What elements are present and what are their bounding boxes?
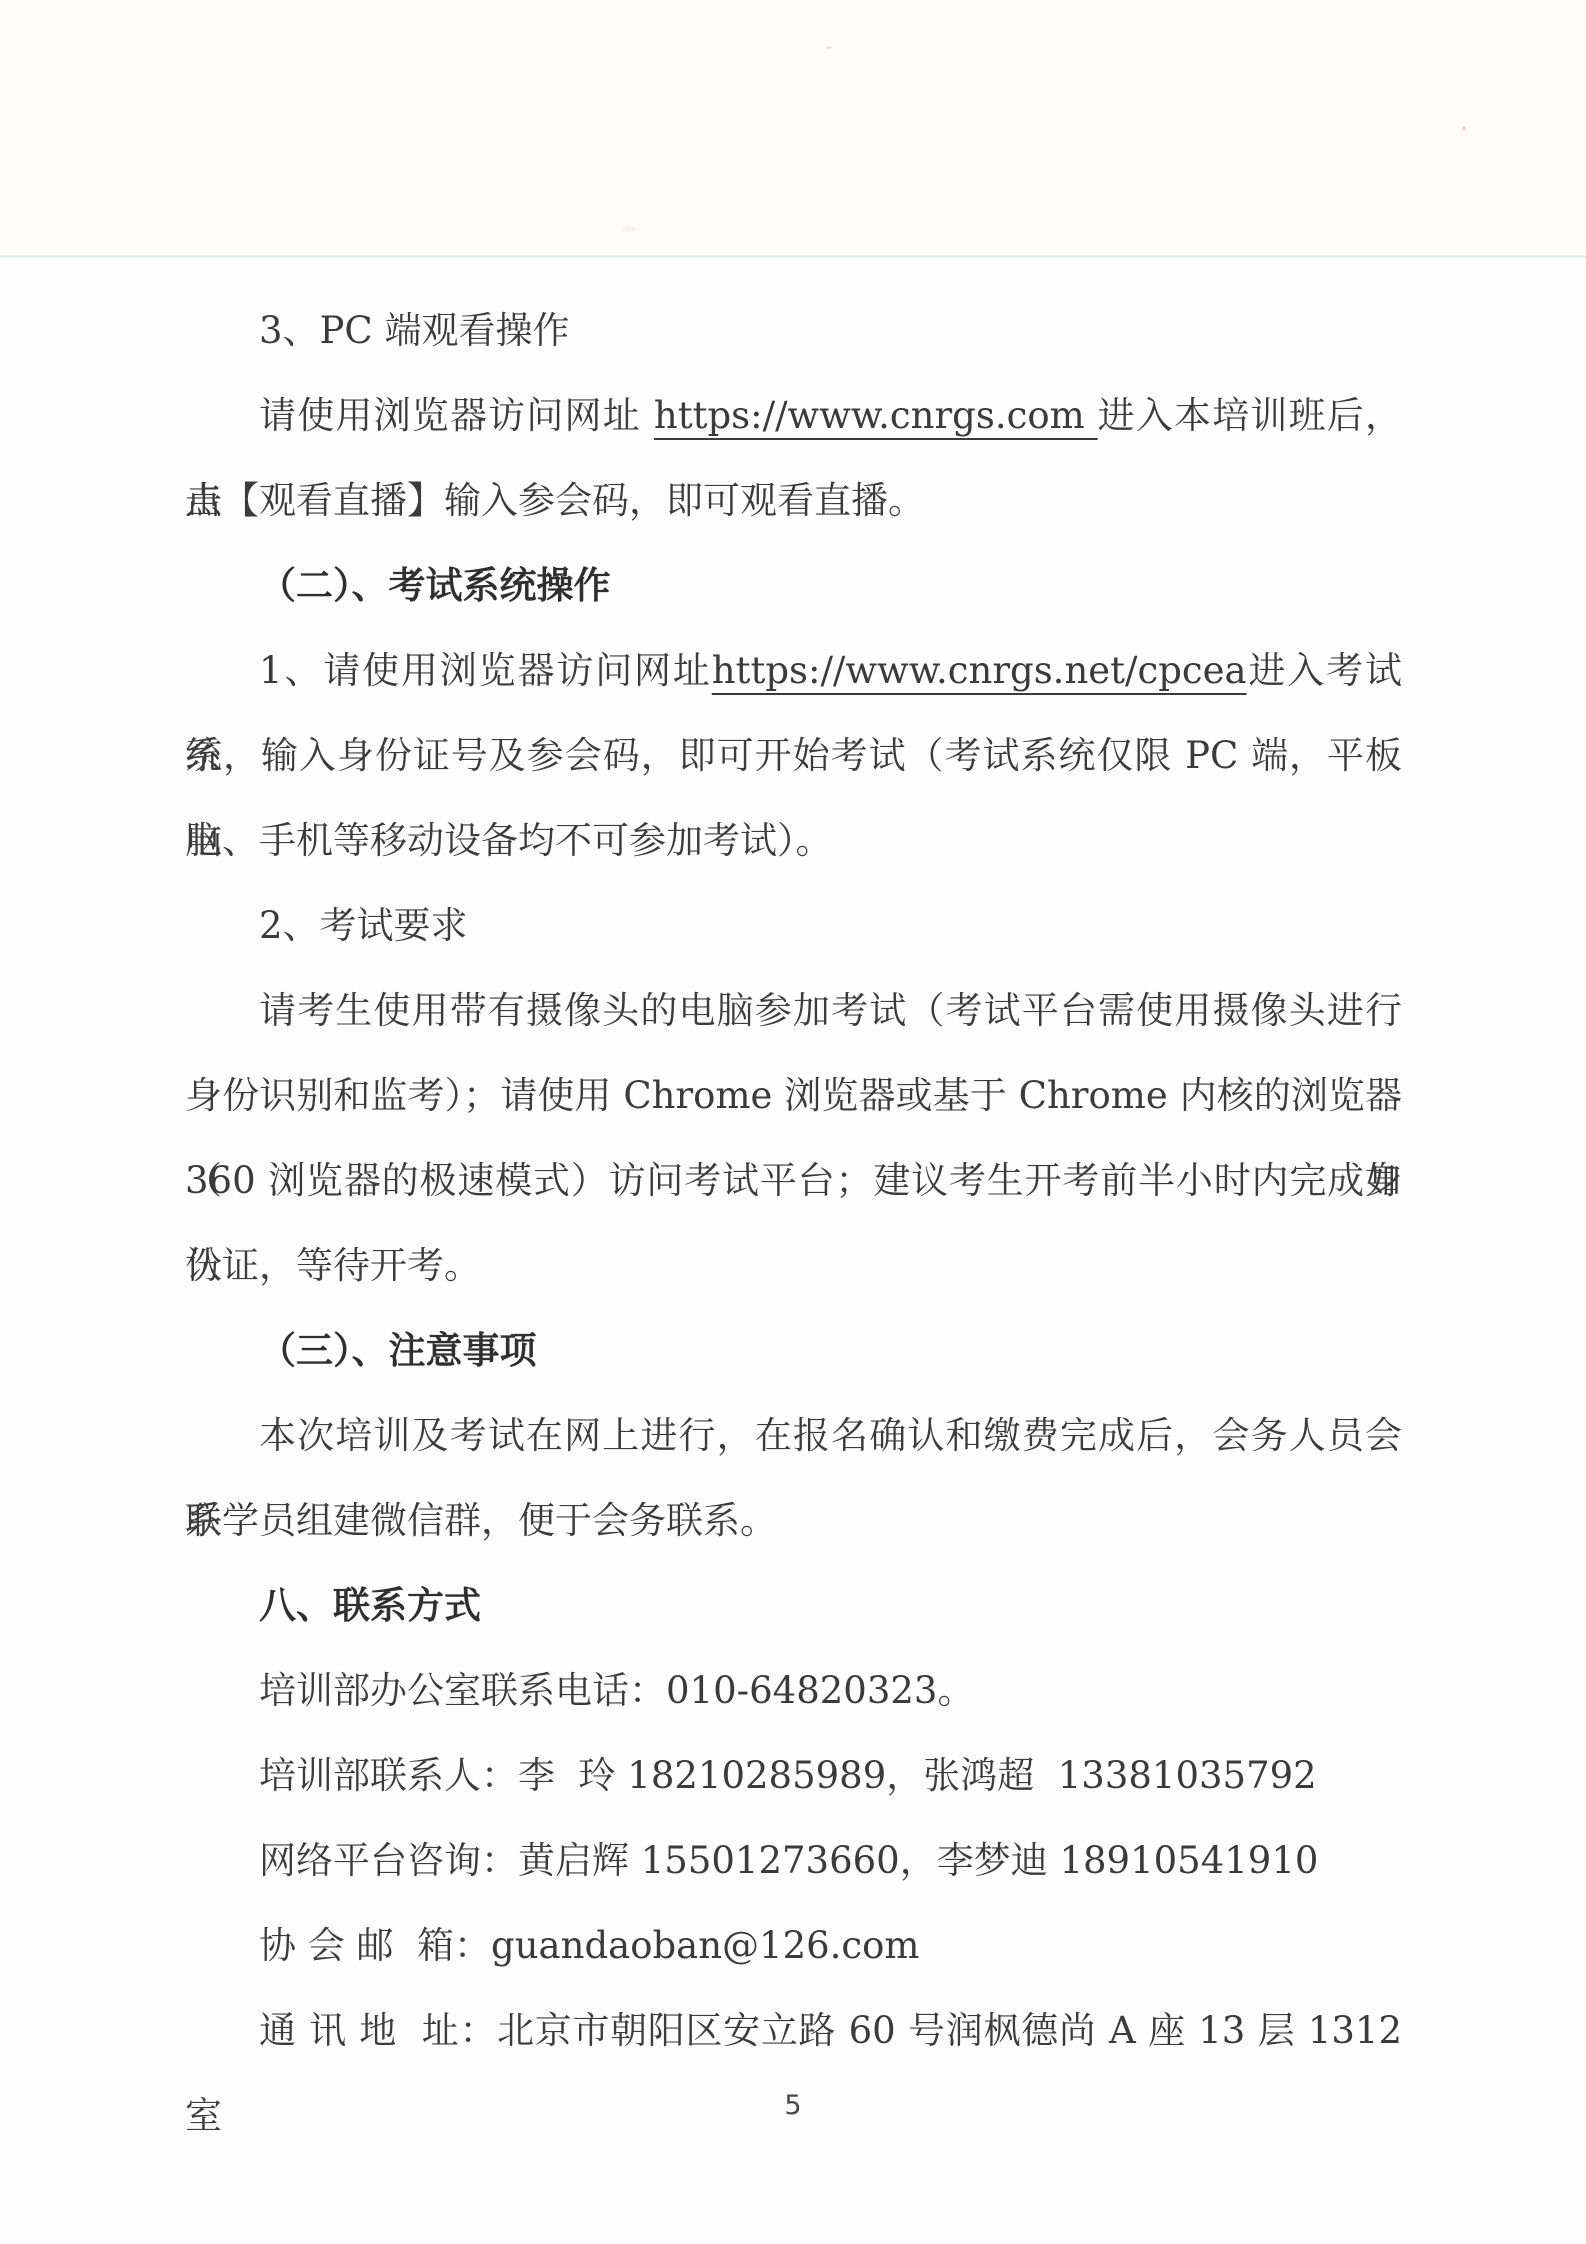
text-segment: （二）、考试系统操作 (259, 563, 611, 607)
url-text: https://www.cnrgs.net/cpcea (712, 649, 1247, 692)
heading-line: （三）、注意事项 (185, 1308, 1402, 1393)
text-segment: 脑、手机等移动设备均不可参加考试）。 (185, 819, 833, 862)
text-line: 身份识别和监考）；请使用 Chrome 浏览器或基于 Chrome 内核的浏览器… (185, 1053, 1402, 1138)
text-line: 1、请使用浏览器访问网址https://www.cnrgs.net/cpcea进… (185, 628, 1402, 713)
text-line: 击【观看直播】输入参会码，即可观看直播。 (185, 458, 1402, 543)
text-line: 2、考试要求 (185, 883, 1402, 968)
scan-seam-line (0, 255, 1586, 258)
heading-line: 八、联系方式 (185, 1563, 1402, 1648)
text-segment: 八、联系方式 (259, 1583, 481, 1627)
text-line: 协 会 邮 箱：guandaoban@126.com (185, 1903, 1402, 1988)
text-segment: 请考生使用带有摄像头的电脑参加考试（考试平台需使用摄像头进行 (259, 989, 1402, 1032)
text-line: 360 浏览器的极速模式）访问考试平台；建议考生开考前半小时内完成身份 (185, 1138, 1402, 1223)
text-line: 请使用浏览器访问网址 https://www.cnrgs.com 进入本培训班后… (185, 373, 1402, 458)
text-segment: 培训部办公室联系电话：010-64820323。 (259, 1669, 974, 1712)
scan-speck (622, 226, 636, 232)
text-segment: 协 会 邮 箱：guandaoban@126.com (259, 1924, 920, 1967)
text-line: 脑、手机等移动设备均不可参加考试）。 (185, 798, 1402, 883)
text-line: 通 讯 地 址：北京市朝阳区安立路 60 号润枫德尚 A 座 13 层 1312… (185, 1988, 1402, 2073)
heading-line: （二）、考试系统操作 (185, 543, 1402, 628)
text-segment: 请使用浏览器访问网址 (259, 394, 654, 437)
url-text: https://www.cnrgs.com (654, 394, 1098, 437)
text-segment: 培训部联系人：李 玲 18210285989，张鸿超 13381035792 (259, 1754, 1317, 1797)
scan-speck (826, 46, 832, 49)
document-body: 3、PC 端观看操作请使用浏览器访问网址 https://www.cnrgs.c… (185, 288, 1402, 2073)
text-segment: 系学员组建微信群，便于会务联系。 (185, 1499, 777, 1542)
scan-top-band (0, 0, 1586, 255)
text-segment: 3、PC 端观看操作 (259, 309, 570, 352)
scan-speck (1462, 126, 1466, 131)
page-number: 5 (0, 2090, 1586, 2121)
text-line: 系学员组建微信群，便于会务联系。 (185, 1478, 1402, 1563)
text-segment: 击【观看直播】输入参会码，即可观看直播。 (185, 479, 925, 522)
text-line: 统，输入身份证号及参会码，即可开始考试（考试系统仅限 PC 端，平板电 (185, 713, 1402, 798)
text-line: 网络平台咨询：黄启辉 15501273660，李梦迪 18910541910 (185, 1818, 1402, 1903)
text-segment: 2、考试要求 (259, 904, 468, 947)
text-line: 3、PC 端观看操作 (185, 288, 1402, 373)
text-segment: 网络平台咨询：黄启辉 15501273660，李梦迪 18910541910 (259, 1839, 1318, 1882)
text-line: 认证，等待开考。 (185, 1223, 1402, 1308)
document-page: 3、PC 端观看操作请使用浏览器访问网址 https://www.cnrgs.c… (0, 0, 1586, 2244)
text-line: 培训部办公室联系电话：010-64820323。 (185, 1648, 1402, 1733)
text-segment: 1、请使用浏览器访问网址 (259, 649, 712, 692)
text-line: 培训部联系人：李 玲 18210285989，张鸿超 13381035792 (185, 1733, 1402, 1818)
text-line: 本次培训及考试在网上进行，在报名确认和缴费完成后，会务人员会联 (185, 1393, 1402, 1478)
text-segment: （三）、注意事项 (259, 1328, 537, 1372)
text-segment: 认证，等待开考。 (185, 1244, 481, 1287)
text-line: 请考生使用带有摄像头的电脑参加考试（考试平台需使用摄像头进行 (185, 968, 1402, 1053)
